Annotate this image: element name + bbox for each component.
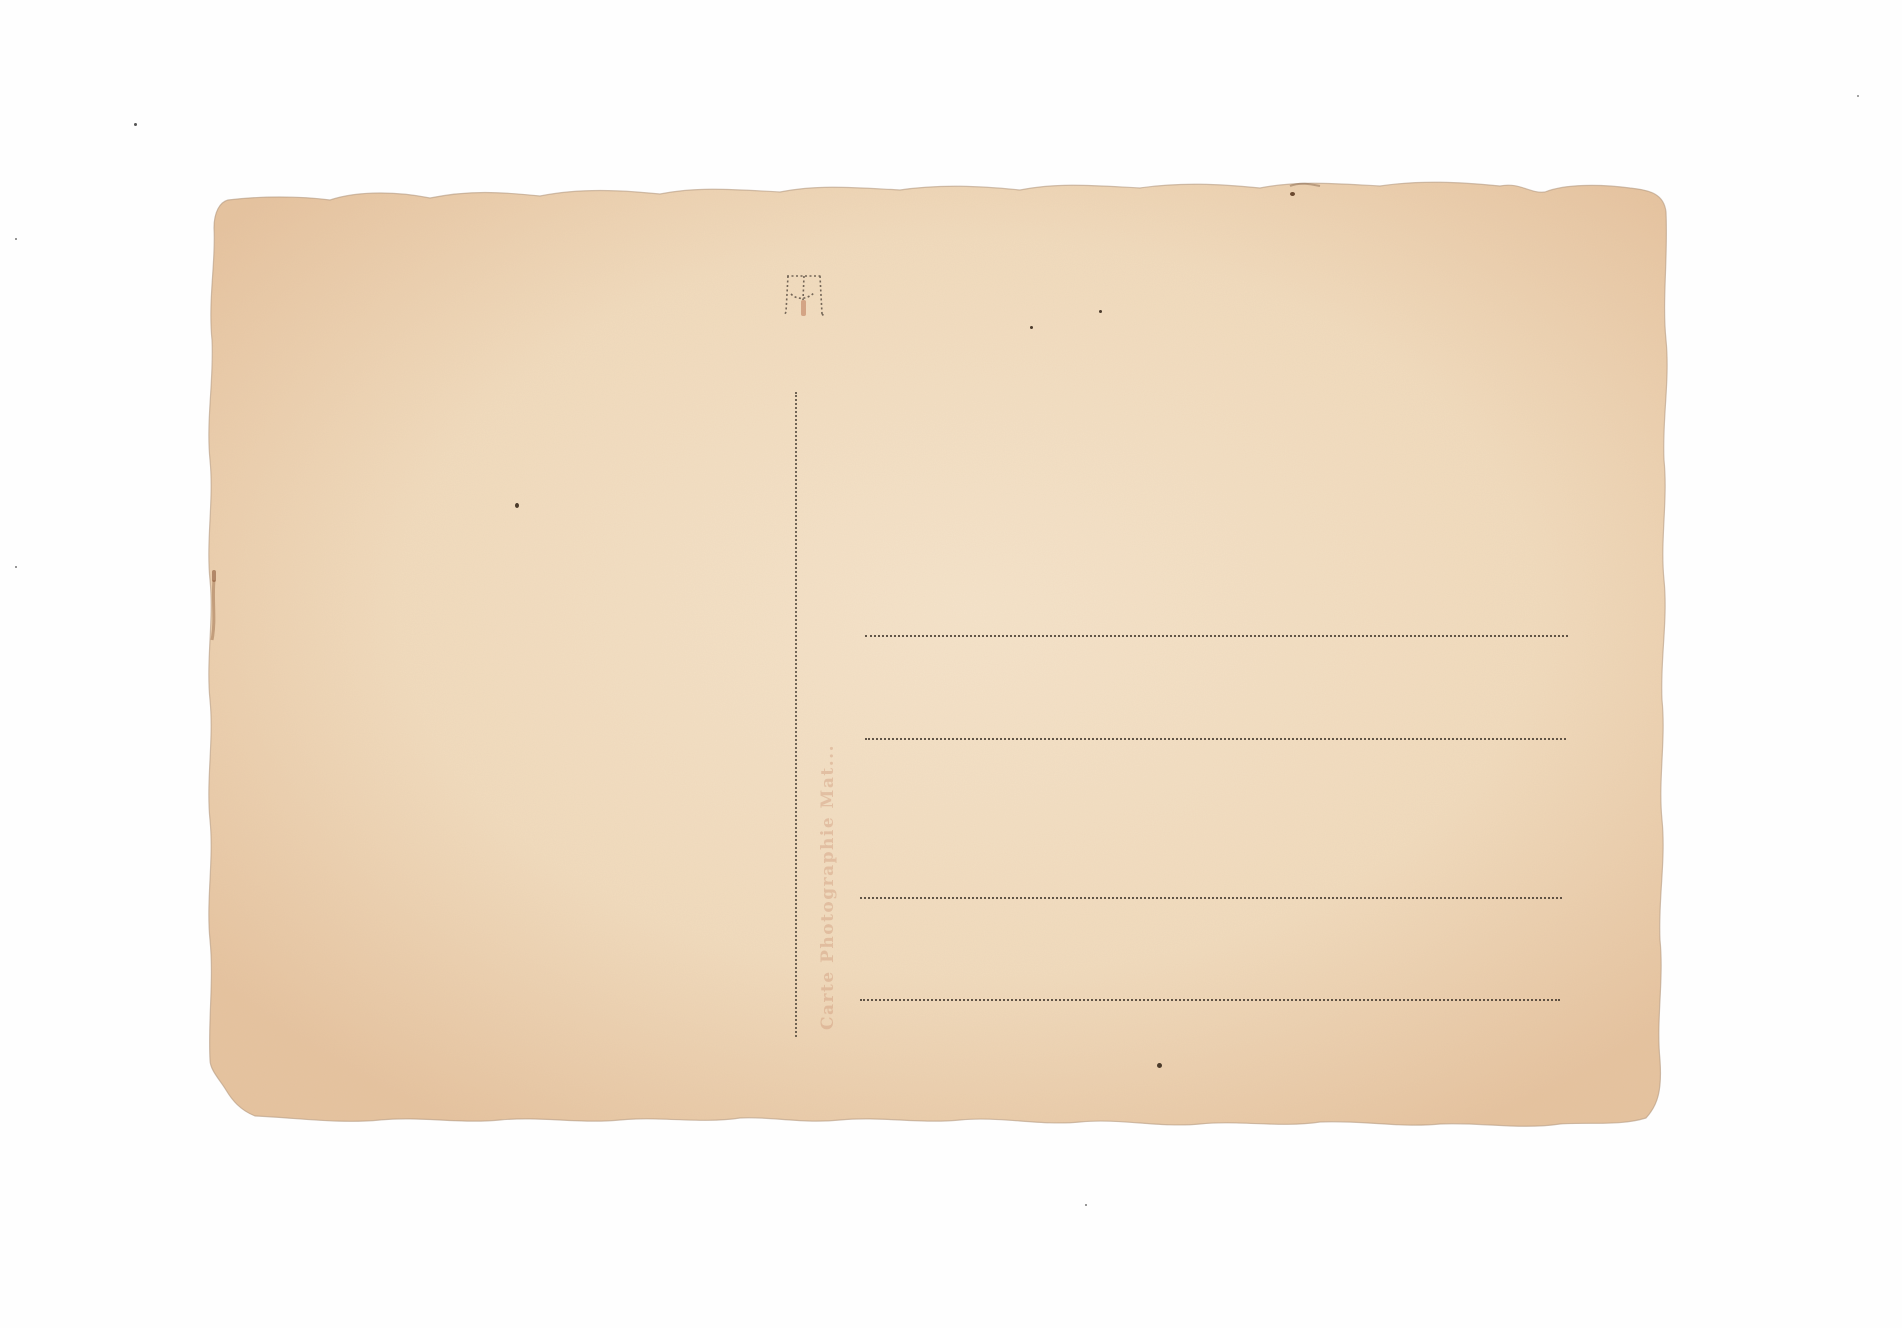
address-line-4 — [860, 999, 1560, 1001]
background-speck — [15, 566, 17, 568]
paper-blemish — [1290, 192, 1295, 196]
background-speck — [1857, 95, 1859, 97]
photo-scene: Carte Photographie Mat... — [0, 0, 1902, 1328]
publisher-monogram-icon — [783, 272, 825, 324]
background-speck — [15, 238, 17, 240]
publisher-imprint-text: Carte Photographie Mat... — [818, 744, 838, 1030]
address-line-3 — [860, 897, 1562, 899]
postcard — [0, 0, 1902, 1328]
paper-blemish — [515, 503, 519, 508]
message-address-divider — [795, 392, 797, 1037]
background-speck — [134, 123, 137, 126]
background-speck — [1085, 1204, 1087, 1206]
paper-blemish — [212, 570, 216, 582]
paper-blemish — [1030, 326, 1033, 329]
address-line-2 — [865, 738, 1566, 740]
address-line-1 — [865, 635, 1568, 637]
paper-blemish — [1157, 1063, 1162, 1068]
paper-blemish — [1099, 310, 1102, 313]
